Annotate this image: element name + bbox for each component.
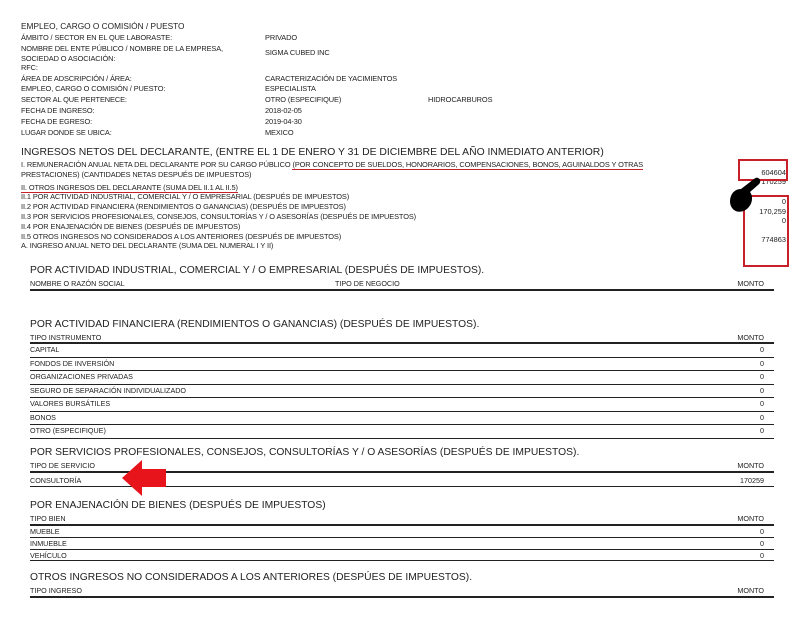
section-title: POR ACTIVIDAD INDUSTRIAL, COMERCIAL Y / … xyxy=(30,264,774,277)
field-value: PRIVADO xyxy=(265,33,297,43)
column-header: MONTO xyxy=(737,278,764,289)
table-row: BONOS 0 xyxy=(30,412,774,426)
field-value: SIGMA CUBED INC xyxy=(265,48,330,58)
field-value: 2018-02-05 xyxy=(265,106,302,116)
table-row: CAPITAL 0 xyxy=(30,344,774,358)
row-amount: 0 xyxy=(760,344,764,355)
section-other-income: OTROS INGRESOS NO CONSIDERADOS A LOS ANT… xyxy=(30,571,774,598)
field-value: MEXICO xyxy=(265,128,294,138)
income-total-line: A. INGRESO ANUAL NETO DEL DECLARANTE (SU… xyxy=(21,241,781,251)
section-title: POR ACTIVIDAD FINANCIERA (RENDIMIENTOS O… xyxy=(30,318,774,331)
row-name: OTRO (ESPECIFIQUE) xyxy=(30,425,106,436)
table-row: SEGURO DE SEPARACIÓN INDIVIDUALIZADO 0 xyxy=(30,385,774,399)
row-amount: 170259 xyxy=(740,475,764,486)
employment-row: ÁMBITO / SECTOR EN EL QUE LABORASTE: PRI… xyxy=(21,33,781,44)
income-title: INGRESOS NETOS DEL DECLARANTE, (ENTRE EL… xyxy=(21,146,781,159)
field-label: FECHA DE INGRESO: xyxy=(21,106,251,116)
row-name: BONOS xyxy=(30,412,56,423)
column-header: TIPO BIEN xyxy=(30,513,66,524)
employment-row: EMPLEO, CARGO O COMISIÓN / PUESTO: ESPEC… xyxy=(21,84,781,95)
income-line-I-continued: PRESTACIONES) (CANTIDADES NETAS DESPUÉS … xyxy=(21,170,681,180)
column-header: MONTO xyxy=(737,585,764,596)
table-header: TIPO BIEN MONTO xyxy=(30,513,774,526)
field-label: ÁREA DE ADSCRIPCIÓN / ÁREA: xyxy=(21,74,251,84)
table-row: ORGANIZACIONES PRIVADAS 0 xyxy=(30,371,774,385)
income-sub-line: II.3 POR SERVICIOS PROFESIONALES, CONSEJ… xyxy=(21,212,781,222)
employment-row: FECHA DE EGRESO: 2019-04-30 xyxy=(21,117,781,128)
row-amount: 0 xyxy=(760,526,764,537)
table-row: INMUEBLE 0 xyxy=(30,538,774,550)
column-header: MONTO xyxy=(737,513,764,524)
field-value: ESPECIALISTA xyxy=(265,84,316,94)
field-label: SECTOR AL QUE PERTENECE: xyxy=(21,95,251,105)
employment-row: ÁREA DE ADSCRIPCIÓN / ÁREA: CARACTERIZAC… xyxy=(21,74,781,85)
income-sub-line: II.5 OTROS INGRESOS NO CONSIDERADOS A LO… xyxy=(21,232,781,242)
column-header: TIPO DE NEGOCIO xyxy=(335,278,400,289)
table-header: NOMBRE O RAZÓN SOCIAL TIPO DE NEGOCIO MO… xyxy=(30,278,774,291)
section-title: POR SERVICIOS PROFESIONALES, CONSEJOS, C… xyxy=(30,446,774,459)
income-sub-line: II.2 POR ACTIVIDAD FINANCIERA (RENDIMIEN… xyxy=(21,202,781,212)
field-label: ÁMBITO / SECTOR EN EL QUE LABORASTE: xyxy=(21,33,251,43)
column-header: MONTO xyxy=(737,332,764,343)
column-header: TIPO INGRESO xyxy=(30,585,82,596)
row-amount: 0 xyxy=(760,425,764,436)
row-amount: 0 xyxy=(760,550,764,561)
row-amount: 0 xyxy=(760,412,764,423)
section-financial: POR ACTIVIDAD FINANCIERA (RENDIMIENTOS O… xyxy=(30,318,774,439)
employment-row: SECTOR AL QUE PERTENECE: OTRO (ESPECIFIQ… xyxy=(21,95,781,106)
section-industrial: POR ACTIVIDAD INDUSTRIAL, COMERCIAL Y / … xyxy=(30,264,774,291)
row-name: ORGANIZACIONES PRIVADAS xyxy=(30,371,133,382)
row-name: MUEBLE xyxy=(30,526,60,537)
income-line-I-text: I. REMUNERACIÓN ANUAL NETA DEL DECLARANT… xyxy=(21,160,292,169)
row-amount: 0 xyxy=(760,385,764,396)
table-row: VEHÍCULO 0 xyxy=(30,550,774,562)
field-value: CARACTERIZACIÓN DE YACIMIENTOS xyxy=(265,74,397,84)
section-title: OTROS INGRESOS NO CONSIDERADOS A LOS ANT… xyxy=(30,571,774,584)
income-sub-line: II.1 POR ACTIVIDAD INDUSTRIAL, COMERCIAL… xyxy=(21,192,781,202)
row-name: FONDOS DE INVERSIÓN xyxy=(30,358,114,369)
income-line-I-highlight: (POR CONCEPTO DE SUELDOS, HONORARIOS, CO… xyxy=(292,160,643,170)
employment-row: RFC: xyxy=(21,63,781,74)
income-line-II: II. OTROS INGRESOS DEL DECLARANTE (SUMA … xyxy=(21,183,781,193)
column-header: NOMBRE O RAZÓN SOCIAL xyxy=(30,278,125,289)
column-header: TIPO DE SERVICIO xyxy=(30,460,95,471)
table-row: VALORES BURSÁTILES 0 xyxy=(30,398,774,412)
employment-section: EMPLEO, CARGO O COMISIÓN / PUESTO ÁMBITO… xyxy=(21,21,781,138)
table-row: MUEBLE 0 xyxy=(30,526,774,538)
field-label: NOMBRE DEL ENTE PÚBLICO / NOMBRE DE LA E… xyxy=(21,44,251,64)
field-label: LUGAR DONDE SE UBICA: xyxy=(21,128,251,138)
table-header: TIPO INGRESO MONTO xyxy=(30,585,774,598)
income-summary: INGRESOS NETOS DEL DECLARANTE, (ENTRE EL… xyxy=(21,146,781,251)
table-header: TIPO INSTRUMENTO MONTO xyxy=(30,332,774,344)
row-amount: 0 xyxy=(760,358,764,369)
section-title: POR ENAJENACIÓN DE BIENES (DESPUÉS DE IM… xyxy=(30,499,774,512)
red-left-arrow-icon xyxy=(122,460,166,496)
table-row: OTRO (ESPECIFIQUE) 0 xyxy=(30,425,774,439)
row-name: CONSULTORÍA xyxy=(30,475,81,486)
row-name: INMUEBLE xyxy=(30,538,67,549)
row-name: VALORES BURSÁTILES xyxy=(30,398,110,409)
employment-title: EMPLEO, CARGO O COMISIÓN / PUESTO xyxy=(21,21,781,32)
income-line-II-text: II. OTROS INGRESOS DEL DECLARANTE (SUMA … xyxy=(21,183,238,193)
employment-row: NOMBRE DEL ENTE PÚBLICO / NOMBRE DE LA E… xyxy=(21,44,781,63)
employment-row: FECHA DE INGRESO: 2018-02-05 xyxy=(21,106,781,117)
section-assets: POR ENAJENACIÓN DE BIENES (DESPUÉS DE IM… xyxy=(30,499,774,561)
row-name: CAPITAL xyxy=(30,344,59,355)
table-row: FONDOS DE INVERSIÓN 0 xyxy=(30,358,774,372)
field-label: EMPLEO, CARGO O COMISIÓN / PUESTO: xyxy=(21,84,251,94)
row-name: VEHÍCULO xyxy=(30,550,67,561)
row-amount: 0 xyxy=(760,538,764,549)
pointing-hand-icon xyxy=(728,176,762,214)
field-value: 2019-04-30 xyxy=(265,117,302,127)
column-header: TIPO INSTRUMENTO xyxy=(30,332,101,343)
income-line-I: I. REMUNERACIÓN ANUAL NETA DEL DECLARANT… xyxy=(21,160,781,180)
field-value: OTRO (ESPECIFIQUE) xyxy=(265,95,341,105)
column-header: MONTO xyxy=(737,460,764,471)
field-label: RFC: xyxy=(21,63,251,73)
field-label: FECHA DE EGRESO: xyxy=(21,117,251,127)
row-amount: 0 xyxy=(760,398,764,409)
row-amount: 0 xyxy=(760,371,764,382)
row-name: SEGURO DE SEPARACIÓN INDIVIDUALIZADO xyxy=(30,385,186,396)
employment-row: LUGAR DONDE SE UBICA: MEXICO xyxy=(21,128,781,139)
field-extra-value: HIDROCARBUROS xyxy=(428,95,492,105)
income-sub-line: II.4 POR ENAJENACIÓN DE BIENES (DESPUÉS … xyxy=(21,222,781,232)
